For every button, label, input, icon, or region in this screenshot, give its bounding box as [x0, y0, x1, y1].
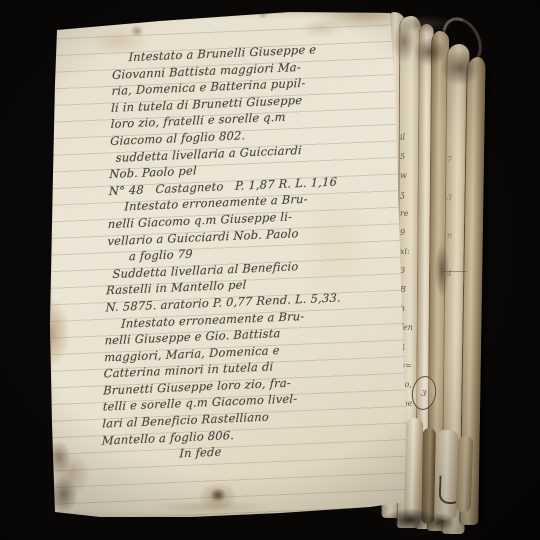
- curled-page-edge: [456, 436, 474, 512]
- handwritten-text: Intestato a Brunelli Giuseppe e Giovanni…: [101, 40, 348, 466]
- edge-writing-column: 7 3 n 4: [447, 150, 461, 283]
- page-content: Intestato a Brunelli Giuseppe e Giovanni…: [38, 0, 440, 526]
- photo-of-manuscript-stack: il 5 w ʒ re 9 xi: 3 B h fen ʒ u= co, me …: [0, 0, 540, 540]
- manuscript-front-page: Intestato a Brunelli Giuseppe e Giovanni…: [40, 4, 420, 526]
